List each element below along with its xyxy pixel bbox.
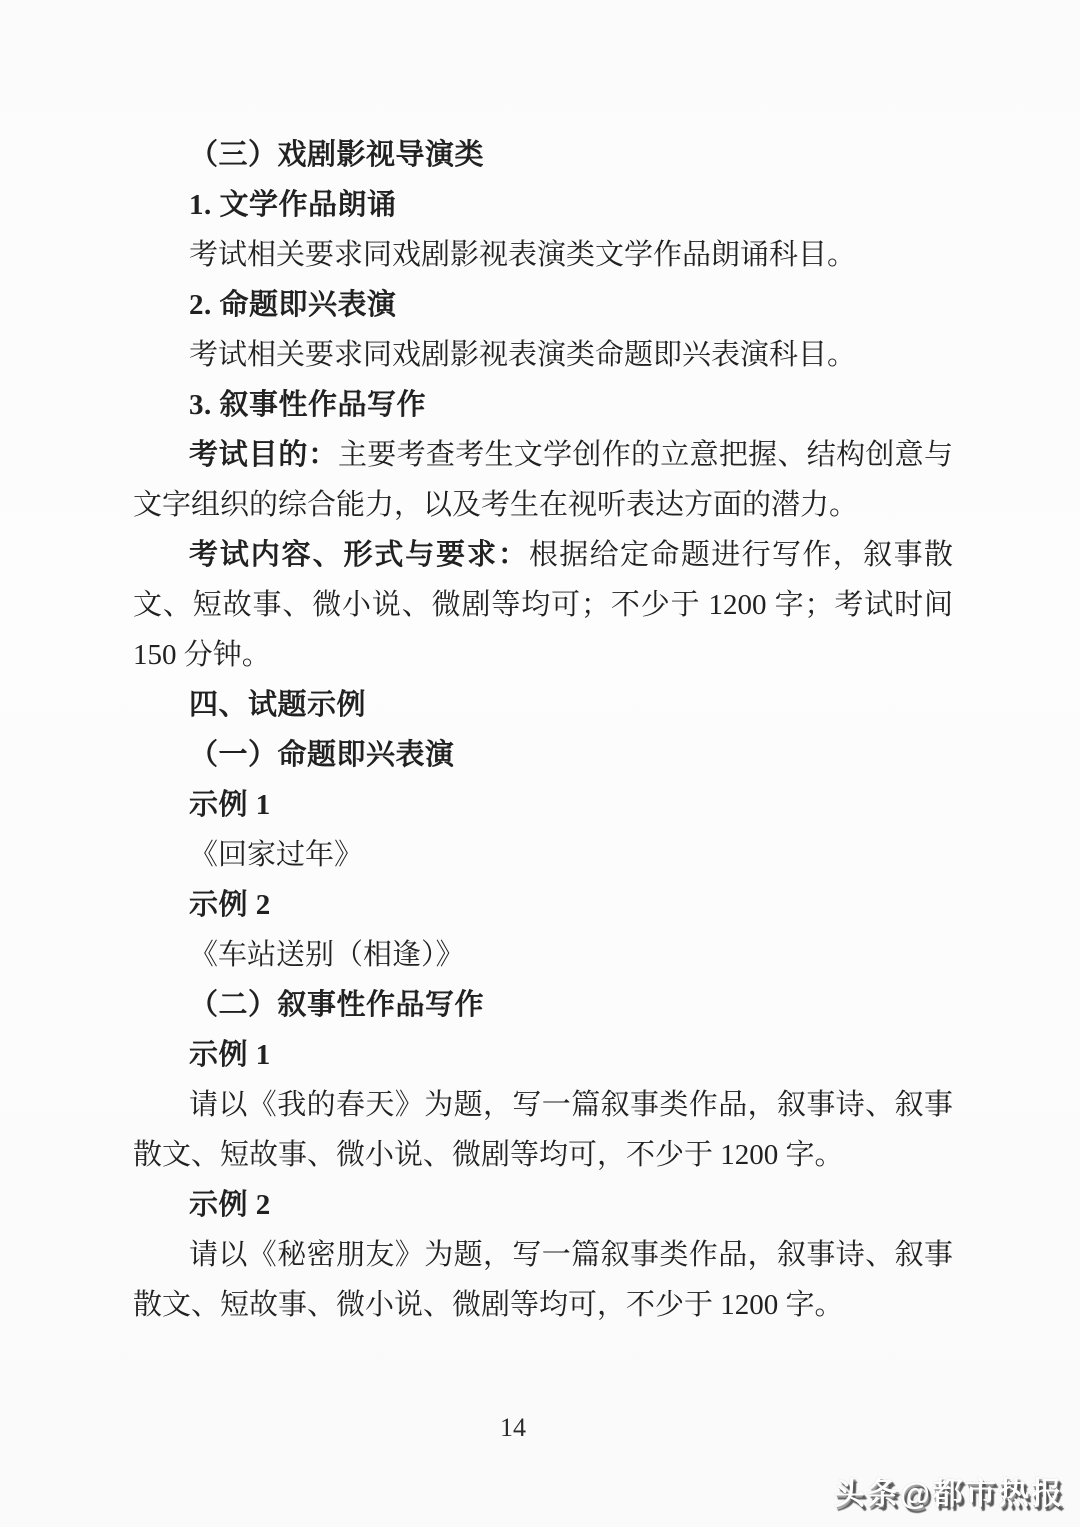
section4-heading: 四、试题示例: [133, 680, 953, 730]
section3-heading: （三）戏剧影视导演类: [133, 130, 953, 180]
section3-item2-paragraph: 考试相关要求同戏剧影视表演类命题即兴表演科目。: [133, 330, 953, 380]
exam-purpose-paragraph: 考试目的：主要考查考生文学创作的立意把握、结构创意与文字组织的综合能力，以及考生…: [133, 430, 953, 530]
sub1-example1-text: 《回家过年》: [133, 830, 953, 880]
page-number: 14: [133, 1408, 893, 1448]
section4-sub1-heading: （一）命题即兴表演: [133, 730, 953, 780]
section4-sub2-heading: （二）叙事性作品写作: [133, 980, 953, 1030]
section3-item3-heading: 3. 叙事性作品写作: [133, 380, 953, 430]
sub2-example2-text: 请以《秘密朋友》为题，写一篇叙事类作品，叙事诗、叙事散文、短故事、微小说、微剧等…: [133, 1230, 953, 1330]
section3-item2-heading: 2. 命题即兴表演: [133, 280, 953, 330]
document-page: （三）戏剧影视导演类 1. 文学作品朗诵 考试相关要求同戏剧影视表演类文学作品朗…: [0, 0, 1080, 1527]
sub1-example1-label: 示例 1: [133, 780, 953, 830]
exam-requirements-label: 考试内容、形式与要求：: [189, 539, 529, 571]
document-body: （三）戏剧影视导演类 1. 文学作品朗诵 考试相关要求同戏剧影视表演类文学作品朗…: [133, 130, 953, 1330]
exam-purpose-label: 考试目的：: [189, 439, 338, 471]
sub1-example2-label: 示例 2: [133, 880, 953, 930]
sub2-example1-label: 示例 1: [133, 1030, 953, 1080]
watermark-toutiao: 头条@都市热报: [834, 1468, 1064, 1513]
exam-requirements-paragraph: 考试内容、形式与要求：根据给定命题进行写作，叙事散文、短故事、微小说、微剧等均可…: [133, 530, 953, 680]
section3-item1-paragraph: 考试相关要求同戏剧影视表演类文学作品朗诵科目。: [133, 230, 953, 280]
section3-item1-heading: 1. 文学作品朗诵: [133, 180, 953, 230]
sub1-example2-text: 《车站送别（相逢）》: [133, 930, 953, 980]
sub2-example1-text: 请以《我的春天》为题，写一篇叙事类作品，叙事诗、叙事散文、短故事、微小说、微剧等…: [133, 1080, 953, 1180]
sub2-example2-label: 示例 2: [133, 1180, 953, 1230]
